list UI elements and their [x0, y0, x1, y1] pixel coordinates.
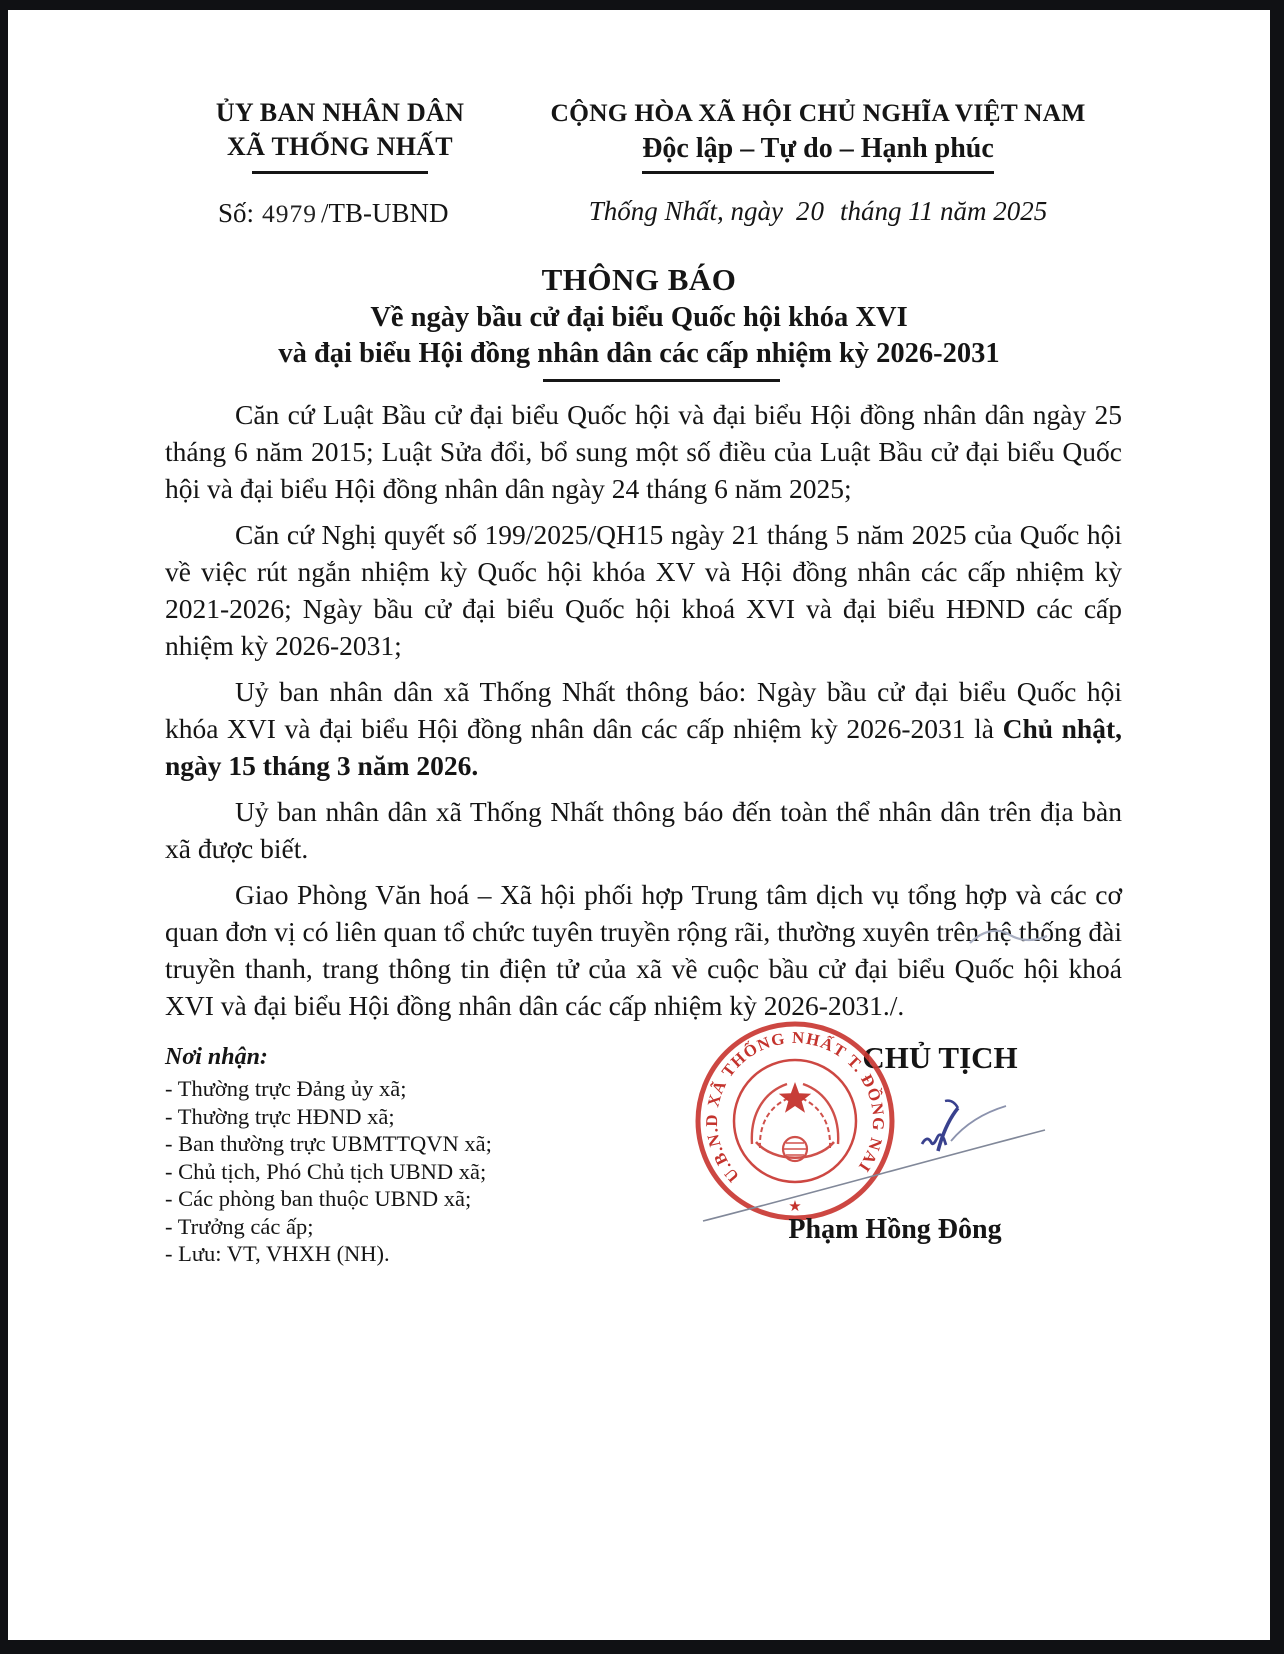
authority-underline — [252, 171, 428, 174]
paragraph-legal-basis-1: Căn cứ Luật Bầu cử đại biểu Quốc hội và … — [165, 396, 1122, 507]
recipient-item: - Thường trực Đảng ủy xã; — [165, 1075, 595, 1103]
paragraph-announcement: Uỷ ban nhân dân xã Thống Nhất thông báo:… — [165, 673, 1122, 784]
doc-number-prefix: Số: — [218, 198, 254, 228]
national-motto: Độc lập – Tự do – Hạnh phúc — [540, 131, 1096, 174]
signature-check-stroke — [938, 1108, 958, 1151]
national-motto-block: CỘNG HÒA XÃ HỘI CHỦ NGHĨA VIỆT NAM Độc l… — [540, 96, 1096, 174]
authority-line1: ỦY BAN NHÂN DÂN — [160, 96, 520, 130]
document-title-block: THÔNG BÁO Về ngày bầu cử đại biểu Quốc h… — [8, 260, 1270, 382]
motto-underlined-text: Độc lập – Tự do – Hạnh phúc — [642, 131, 994, 174]
doc-number-value: 4979 — [262, 199, 317, 228]
authority-line2: XÃ THỐNG NHẤT — [160, 130, 520, 164]
paragraph-notice: Uỷ ban nhân dân xã Thống Nhất thông báo … — [165, 793, 1122, 867]
date-prefix: Thống Nhất, ngày — [589, 196, 783, 226]
signer-name: Phạm Hồng Đông — [745, 1214, 1045, 1246]
recipient-item: - Thường trực HĐND xã; — [165, 1103, 595, 1131]
announcement-text: Uỷ ban nhân dân xã Thống Nhất thông báo:… — [165, 676, 1122, 744]
pen-flourish-after-text — [970, 931, 1047, 943]
place-and-date-line: Thống Nhất, ngày20tháng 11 năm 2025 — [540, 196, 1096, 227]
title-underline — [543, 379, 780, 382]
scanned-announcement-document: ỦY BAN NHÂN DÂN XÃ THỐNG NHẤT CỘNG HÒA X… — [0, 0, 1284, 1654]
document-subtitle-line1: Về ngày bầu cử đại biểu Quốc hội khóa XV… — [8, 300, 1270, 336]
document-sheet: ỦY BAN NHÂN DÂN XÃ THỐNG NHẤT CỘNG HÒA X… — [8, 10, 1270, 1640]
recipient-item: - Chủ tịch, Phó Chủ tịch UBND xã; — [165, 1158, 595, 1186]
document-title: THÔNG BÁO — [8, 260, 1270, 300]
date-day-value: 20 — [796, 196, 825, 226]
recipient-item: - Trưởng các ấp; — [165, 1213, 595, 1241]
issuing-authority-block: ỦY BAN NHÂN DÂN XÃ THỐNG NHẤT — [160, 96, 520, 174]
handwritten-signature — [640, 900, 1220, 1250]
paragraph-legal-basis-2: Căn cứ Nghị quyết số 199/2025/QH15 ngày … — [165, 516, 1122, 664]
national-title: CỘNG HÒA XÃ HỘI CHỦ NGHĨA VIỆT NAM — [540, 96, 1096, 130]
recipient-item: - Lưu: VT, VHXH (NH). — [165, 1240, 595, 1268]
signature-long-stroke — [703, 1130, 1045, 1221]
recipients-block: Nơi nhận: - Thường trực Đảng ủy xã; - Th… — [165, 1042, 595, 1268]
recipient-item: - Ban thường trực UBMTTQVN xã; — [165, 1130, 595, 1158]
recipients-label: Nơi nhận: — [165, 1042, 595, 1072]
date-suffix: tháng 11 năm 2025 — [840, 196, 1047, 226]
document-number: Số:4979/TB-UBND — [218, 198, 449, 229]
document-subtitle-line2: và đại biểu Hội đồng nhân dân các cấp nh… — [8, 336, 1270, 372]
doc-number-suffix: /TB-UBND — [321, 198, 449, 228]
recipient-item: - Các phòng ban thuộc UBND xã; — [165, 1185, 595, 1213]
signature-hook-stroke — [945, 1101, 958, 1108]
signature-upper-curve — [951, 1106, 1006, 1141]
